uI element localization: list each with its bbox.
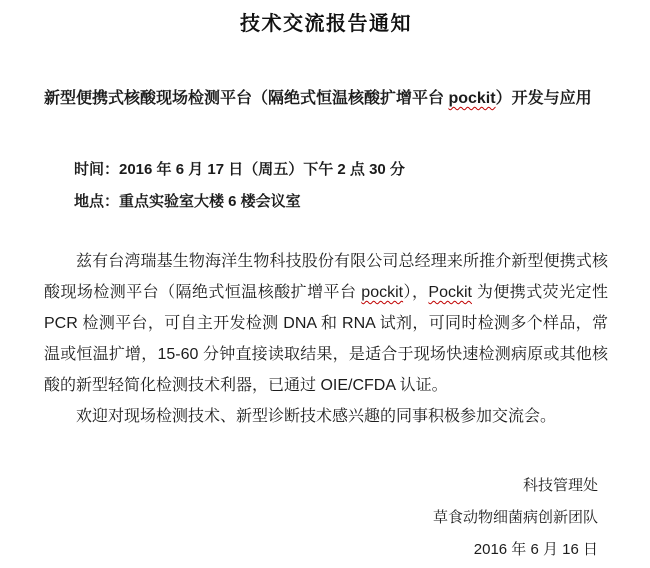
document-subtitle: 新型便携式核酸现场检测平台（隔绝式恒温核酸扩增平台 pockit）开发与应用 [44, 88, 608, 110]
signature-block: 科技管理处 草食动物细菌病创新团队 2016 年 6 月 16 日 [44, 470, 608, 566]
signature-team: 草食动物细菌病创新团队 [44, 502, 598, 534]
misspelled-word: pockit [361, 284, 403, 301]
meeting-time: 时间：2016 年 6 月 17 日（周五）下午 2 点 30 分 [44, 154, 608, 186]
document-title: 技术交流报告通知 [44, 12, 608, 36]
meeting-location: 地点：重点实验室大楼 6 楼会议室 [44, 186, 608, 218]
body-paragraph-1: 兹有台湾瑞基生物海洋生物科技股份有限公司总经理来所推介新型便携式核酸现场检测平台… [44, 246, 608, 401]
notice-document: 技术交流报告通知 新型便携式核酸现场检测平台（隔绝式恒温核酸扩增平台 pocki… [0, 0, 650, 568]
signature-date: 2016 年 6 月 16 日 [44, 534, 598, 566]
text-segment: 新型便携式核酸现场检测平台（隔绝式恒温核酸扩增平台 [44, 90, 448, 107]
meeting-info: 时间：2016 年 6 月 17 日（周五）下午 2 点 30 分 地点：重点实… [44, 154, 608, 218]
signature-department: 科技管理处 [44, 470, 598, 502]
body-paragraph-2: 欢迎对现场检测技术、新型诊断技术感兴趣的同事积极参加交流会。 [44, 401, 608, 432]
misspelled-word: Pockit [428, 284, 472, 301]
text-segment: ）， [403, 284, 428, 301]
misspelled-word: pockit [448, 90, 495, 107]
text-segment: ）开发与应用 [496, 90, 592, 107]
notice-body: 兹有台湾瑞基生物海洋生物科技股份有限公司总经理来所推介新型便携式核酸现场检测平台… [44, 246, 608, 432]
